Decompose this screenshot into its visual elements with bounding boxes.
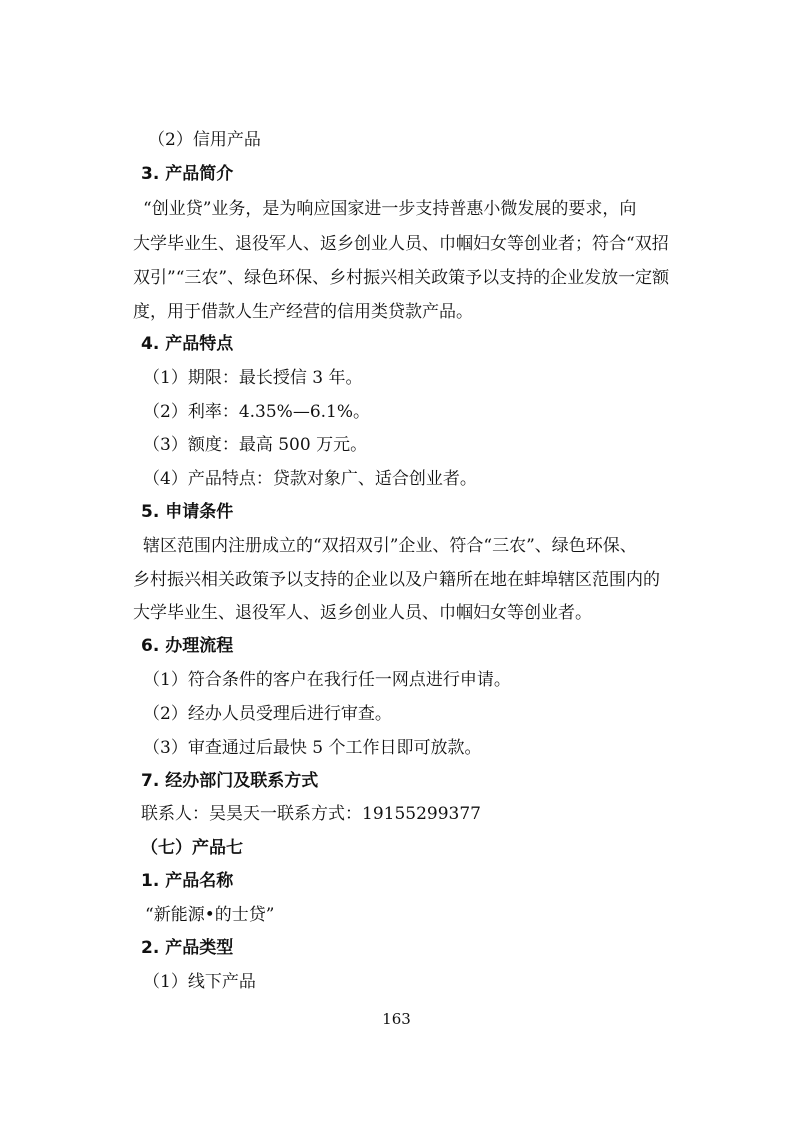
section-heading: 6. 办理流程 [141, 634, 233, 658]
list-item: （3）额度：最高 500 万元。 [143, 433, 367, 457]
list-item: （2）经办人员受理后进行审查。 [143, 702, 392, 726]
list-item: （2）利率：4.35%—6.1%。 [143, 400, 370, 424]
paragraph-line: 双引”“三农”、绿色环保、乡村振兴相关政策予以支持的企业发放一定额 [133, 266, 669, 290]
paragraph-line: 辖区范围内注册成立的“双招双引”企业、符合“三农”、绿色环保、 [143, 534, 637, 558]
contact-line: 联系人：吴昊天一联系方式：19155299377 [141, 802, 481, 826]
product-name: “新能源•的士贷” [145, 903, 274, 927]
list-item: （1）期限：最长授信 3 年。 [143, 366, 362, 390]
paragraph-line: 大学毕业生、退役军人、返乡创业人员、巾帼妇女等创业者。 [133, 601, 592, 625]
paragraph-line: 度，用于借款人生产经营的信用类贷款产品。 [133, 300, 473, 324]
list-item: （3）审查通过后最快 5 个工作日即可放款。 [143, 736, 481, 760]
paragraph-line: “创业贷”业务，是为响应国家进一步支持普惠小微发展的要求，向 [143, 197, 636, 221]
section-heading: 1. 产品名称 [141, 869, 233, 893]
paragraph-line: 大学毕业生、退役军人、返乡创业人员、巾帼妇女等创业者；符合“双招 [133, 232, 669, 256]
section-heading: 3. 产品简介 [141, 162, 233, 186]
section-heading: 5. 申请条件 [141, 500, 233, 524]
section-heading: 2. 产品类型 [141, 936, 233, 960]
list-item: （1）符合条件的客户在我行任一网点进行申请。 [143, 668, 511, 692]
list-item: （4）产品特点：贷款对象广、适合创业者。 [143, 467, 477, 491]
section-heading: 7. 经办部门及联系方式 [141, 769, 318, 793]
section-heading: 4. 产品特点 [141, 332, 233, 356]
paragraph-line: 乡村振兴相关政策予以支持的企业以及户籍所在地在蚌埠辖区范围内的 [133, 568, 660, 592]
page-number: 163 [0, 1010, 793, 1028]
product-heading: （七）产品七 [141, 836, 243, 860]
list-item: （2）信用产品 [148, 128, 261, 152]
list-item: （1）线下产品 [143, 970, 256, 994]
